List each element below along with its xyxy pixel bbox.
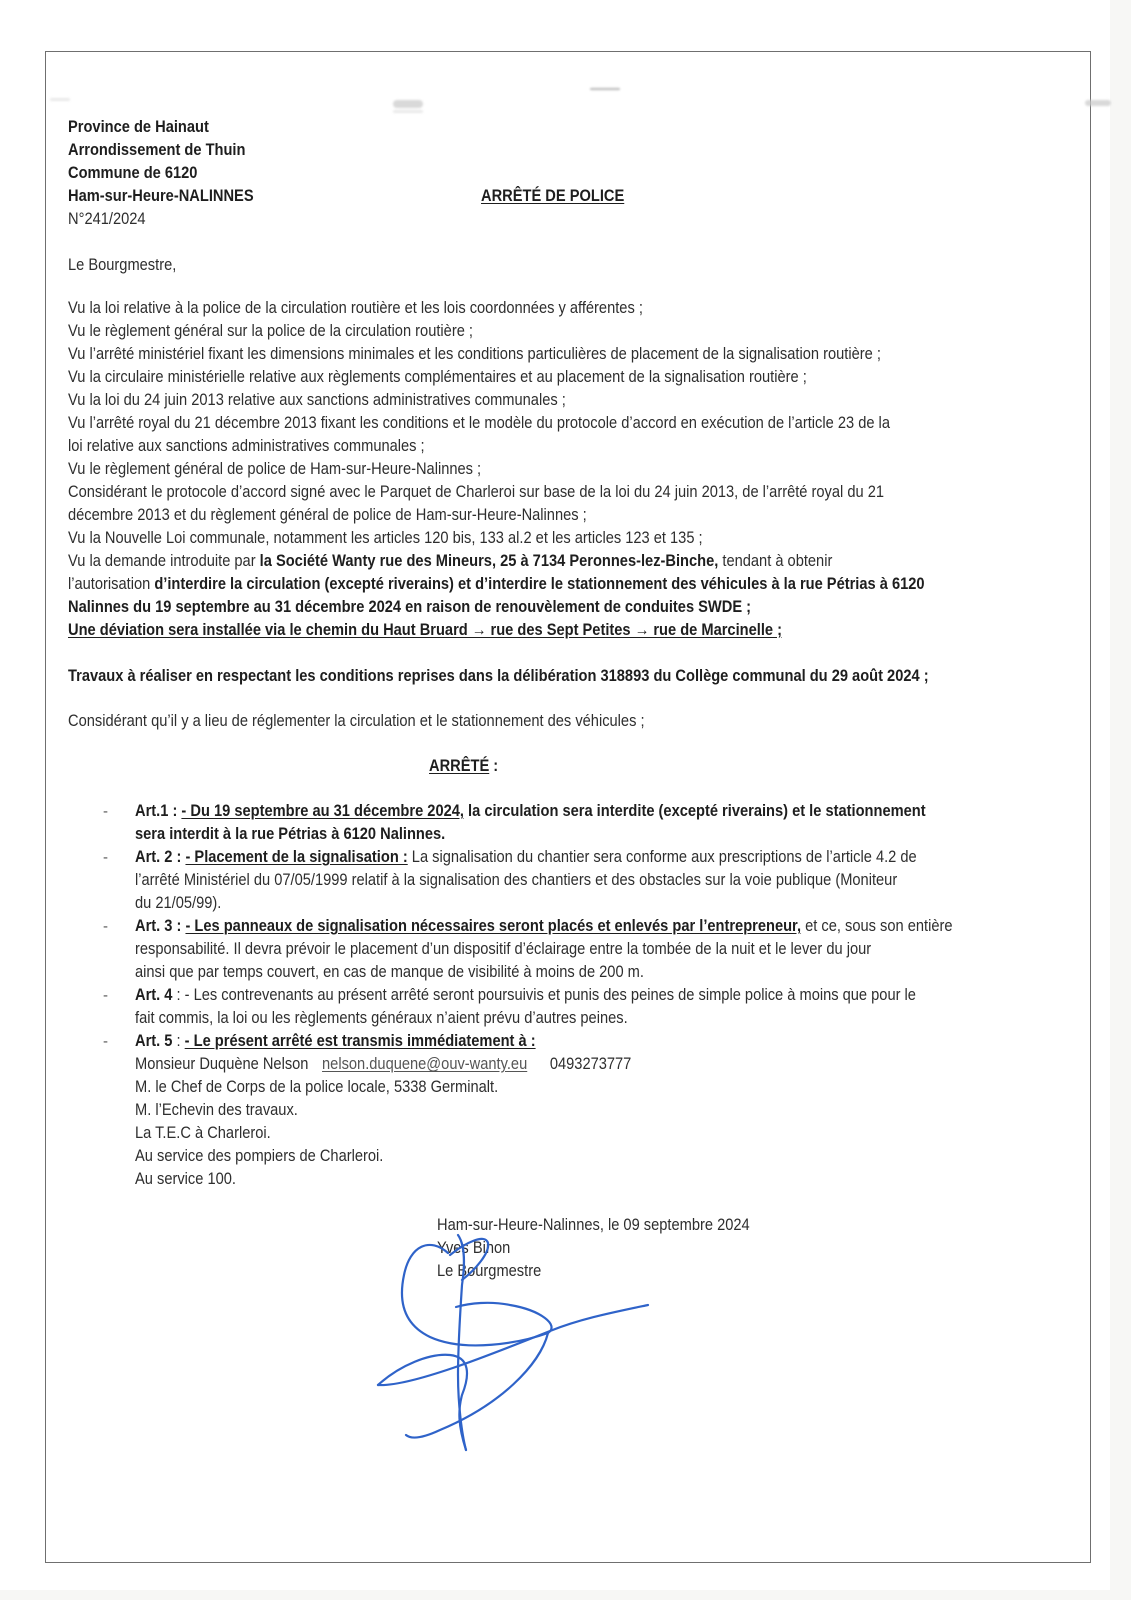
consideration-line: Vu la circulaire ministérielle relative … <box>68 366 807 388</box>
scan-artifact <box>1085 100 1111 106</box>
decree-heading-colon: : <box>489 757 498 775</box>
works-conditions: Travaux à réaliser en respectant les con… <box>68 665 929 687</box>
document-page: Province de Hainaut Arrondissement de Th… <box>0 0 1110 1590</box>
article-3-text: ainsi que par temps couvert, en cas de m… <box>135 961 644 983</box>
request-purpose: tendant à obtenir <box>718 552 832 570</box>
consideration-line: Vu la Nouvelle Loi communale, notamment … <box>68 527 703 549</box>
recipient-phone: 0493273777 <box>550 1055 631 1073</box>
recipient-item: Au service des pompiers de Charleroi. <box>135 1145 383 1167</box>
signatory-role: Le Bourgmestre <box>437 1260 541 1282</box>
recipient-email-link[interactable]: nelson.duquene@ouv-wanty.eu <box>322 1055 527 1073</box>
consideration-line: Vu le règlement général de police de Ham… <box>68 458 481 480</box>
article-label: Art. 3 : <box>135 917 185 935</box>
bullet-dash: - <box>103 987 108 1004</box>
request-intro: Vu la demande introduite par <box>68 552 260 570</box>
decree-heading: ARRÊTÉ : <box>429 755 498 777</box>
consideration-line: Considérant le protocole d’accord signé … <box>68 481 884 503</box>
bullet-dash: - <box>103 849 108 866</box>
article-label-colon: : <box>177 1032 185 1050</box>
article-2-text: l’arrêté Ministériel du 07/05/1999 relat… <box>135 869 897 891</box>
scan-artifact <box>590 88 620 90</box>
authority-commune: Commune de 6120 <box>68 162 197 184</box>
consideration-line: Vu la loi relative à la police de la cir… <box>68 297 643 319</box>
article-4-text: fait commis, la loi ou les règlements gé… <box>135 1007 628 1029</box>
bullet-dash: - <box>103 1033 108 1050</box>
article-1-text: sera interdit à la rue Pétrias à 6120 Na… <box>135 823 445 845</box>
article-3-text: responsabilité. Il devra prévoir le plac… <box>135 938 871 960</box>
article-label: Art. 2 : <box>135 848 185 866</box>
article-3-heading: - Les panneaux de signalisation nécessai… <box>185 917 801 935</box>
recipient-item: M. le Chef de Corps de la police locale,… <box>135 1076 498 1098</box>
recipient-item: Au service 100. <box>135 1168 236 1190</box>
decree-number: N°241/2024 <box>68 208 146 230</box>
authority-town: Ham-sur-Heure-NALINNES <box>68 185 254 207</box>
authority-arrondissement: Arrondissement de Thuin <box>68 139 245 161</box>
request-authorisation: l’autorisation <box>68 575 154 593</box>
decree-heading-text: ARRÊTÉ <box>429 757 489 775</box>
recipient-item: Monsieur Duquène Nelson nelson.duquene@o… <box>135 1053 631 1075</box>
detour-notice: Une déviation sera installée via le chem… <box>68 619 782 641</box>
consideration-line: Vu l’arrêté royal du 21 décembre 2013 fi… <box>68 412 890 434</box>
article-4-text: : - Les contrevenants au présent arrêté … <box>177 986 916 1004</box>
recipient-item: La T.E.C à Charleroi. <box>135 1122 271 1144</box>
article-3-text: et ce, sous son entière <box>801 917 952 935</box>
article-2-text: du 21/05/99). <box>135 892 221 914</box>
bullet-dash: - <box>103 918 108 935</box>
article-5-heading: - Le présent arrêté est transmis immédia… <box>185 1032 536 1050</box>
bullet-dash: - <box>103 803 108 820</box>
consideration-line: Vu l’arrêté ministériel fixant les dimen… <box>68 343 881 365</box>
signatory-name: Yves Binon <box>437 1237 510 1259</box>
scan-artifact <box>393 100 423 108</box>
scan-artifact <box>393 110 423 113</box>
document-title: ARRÊTÉ DE POLICE <box>481 185 624 207</box>
recipient-item: M. l’Echevin des travaux. <box>135 1099 298 1121</box>
place-date: Ham-sur-Heure-Nalinnes, le 09 septembre … <box>437 1214 750 1236</box>
consideration-line: décembre 2013 et du règlement général de… <box>68 504 587 526</box>
request-line: l’autorisation d’interdire la circulatio… <box>68 573 925 595</box>
regulation-consideration: Considérant qu’il y a lieu de réglemente… <box>68 710 645 732</box>
article-1-period: - Du 19 septembre au 31 décembre 2024, <box>181 802 464 820</box>
consideration-line: Vu le règlement général sur la police de… <box>68 320 473 342</box>
salutation: Le Bourgmestre, <box>68 254 176 276</box>
article-label: Art. 4 <box>135 986 177 1004</box>
consideration-line: loi relative aux sanctions administrativ… <box>68 435 425 457</box>
request-line: Vu la demande introduite par la Société … <box>68 550 832 572</box>
article-1-text: la circulation sera interdite (excepté r… <box>464 802 926 820</box>
recipient-name: Monsieur Duquène Nelson <box>135 1055 308 1073</box>
scan-artifact <box>50 98 70 101</box>
article-2-text: La signalisation du chantier sera confor… <box>408 848 917 866</box>
request-object: d’interdire la circulation (excepté rive… <box>154 575 924 593</box>
article-2-heading: - Placement de la signalisation : <box>185 848 407 866</box>
article-label: Art.1 : <box>135 802 181 820</box>
article-label: Art. 5 <box>135 1032 177 1050</box>
request-period: Nalinnes du 19 septembre au 31 décembre … <box>68 596 751 618</box>
authority-province: Province de Hainaut <box>68 116 209 138</box>
requesting-company: la Société Wanty rue des Mineurs, 25 à 7… <box>260 552 719 570</box>
consideration-line: Vu la loi du 24 juin 2013 relative aux s… <box>68 389 566 411</box>
